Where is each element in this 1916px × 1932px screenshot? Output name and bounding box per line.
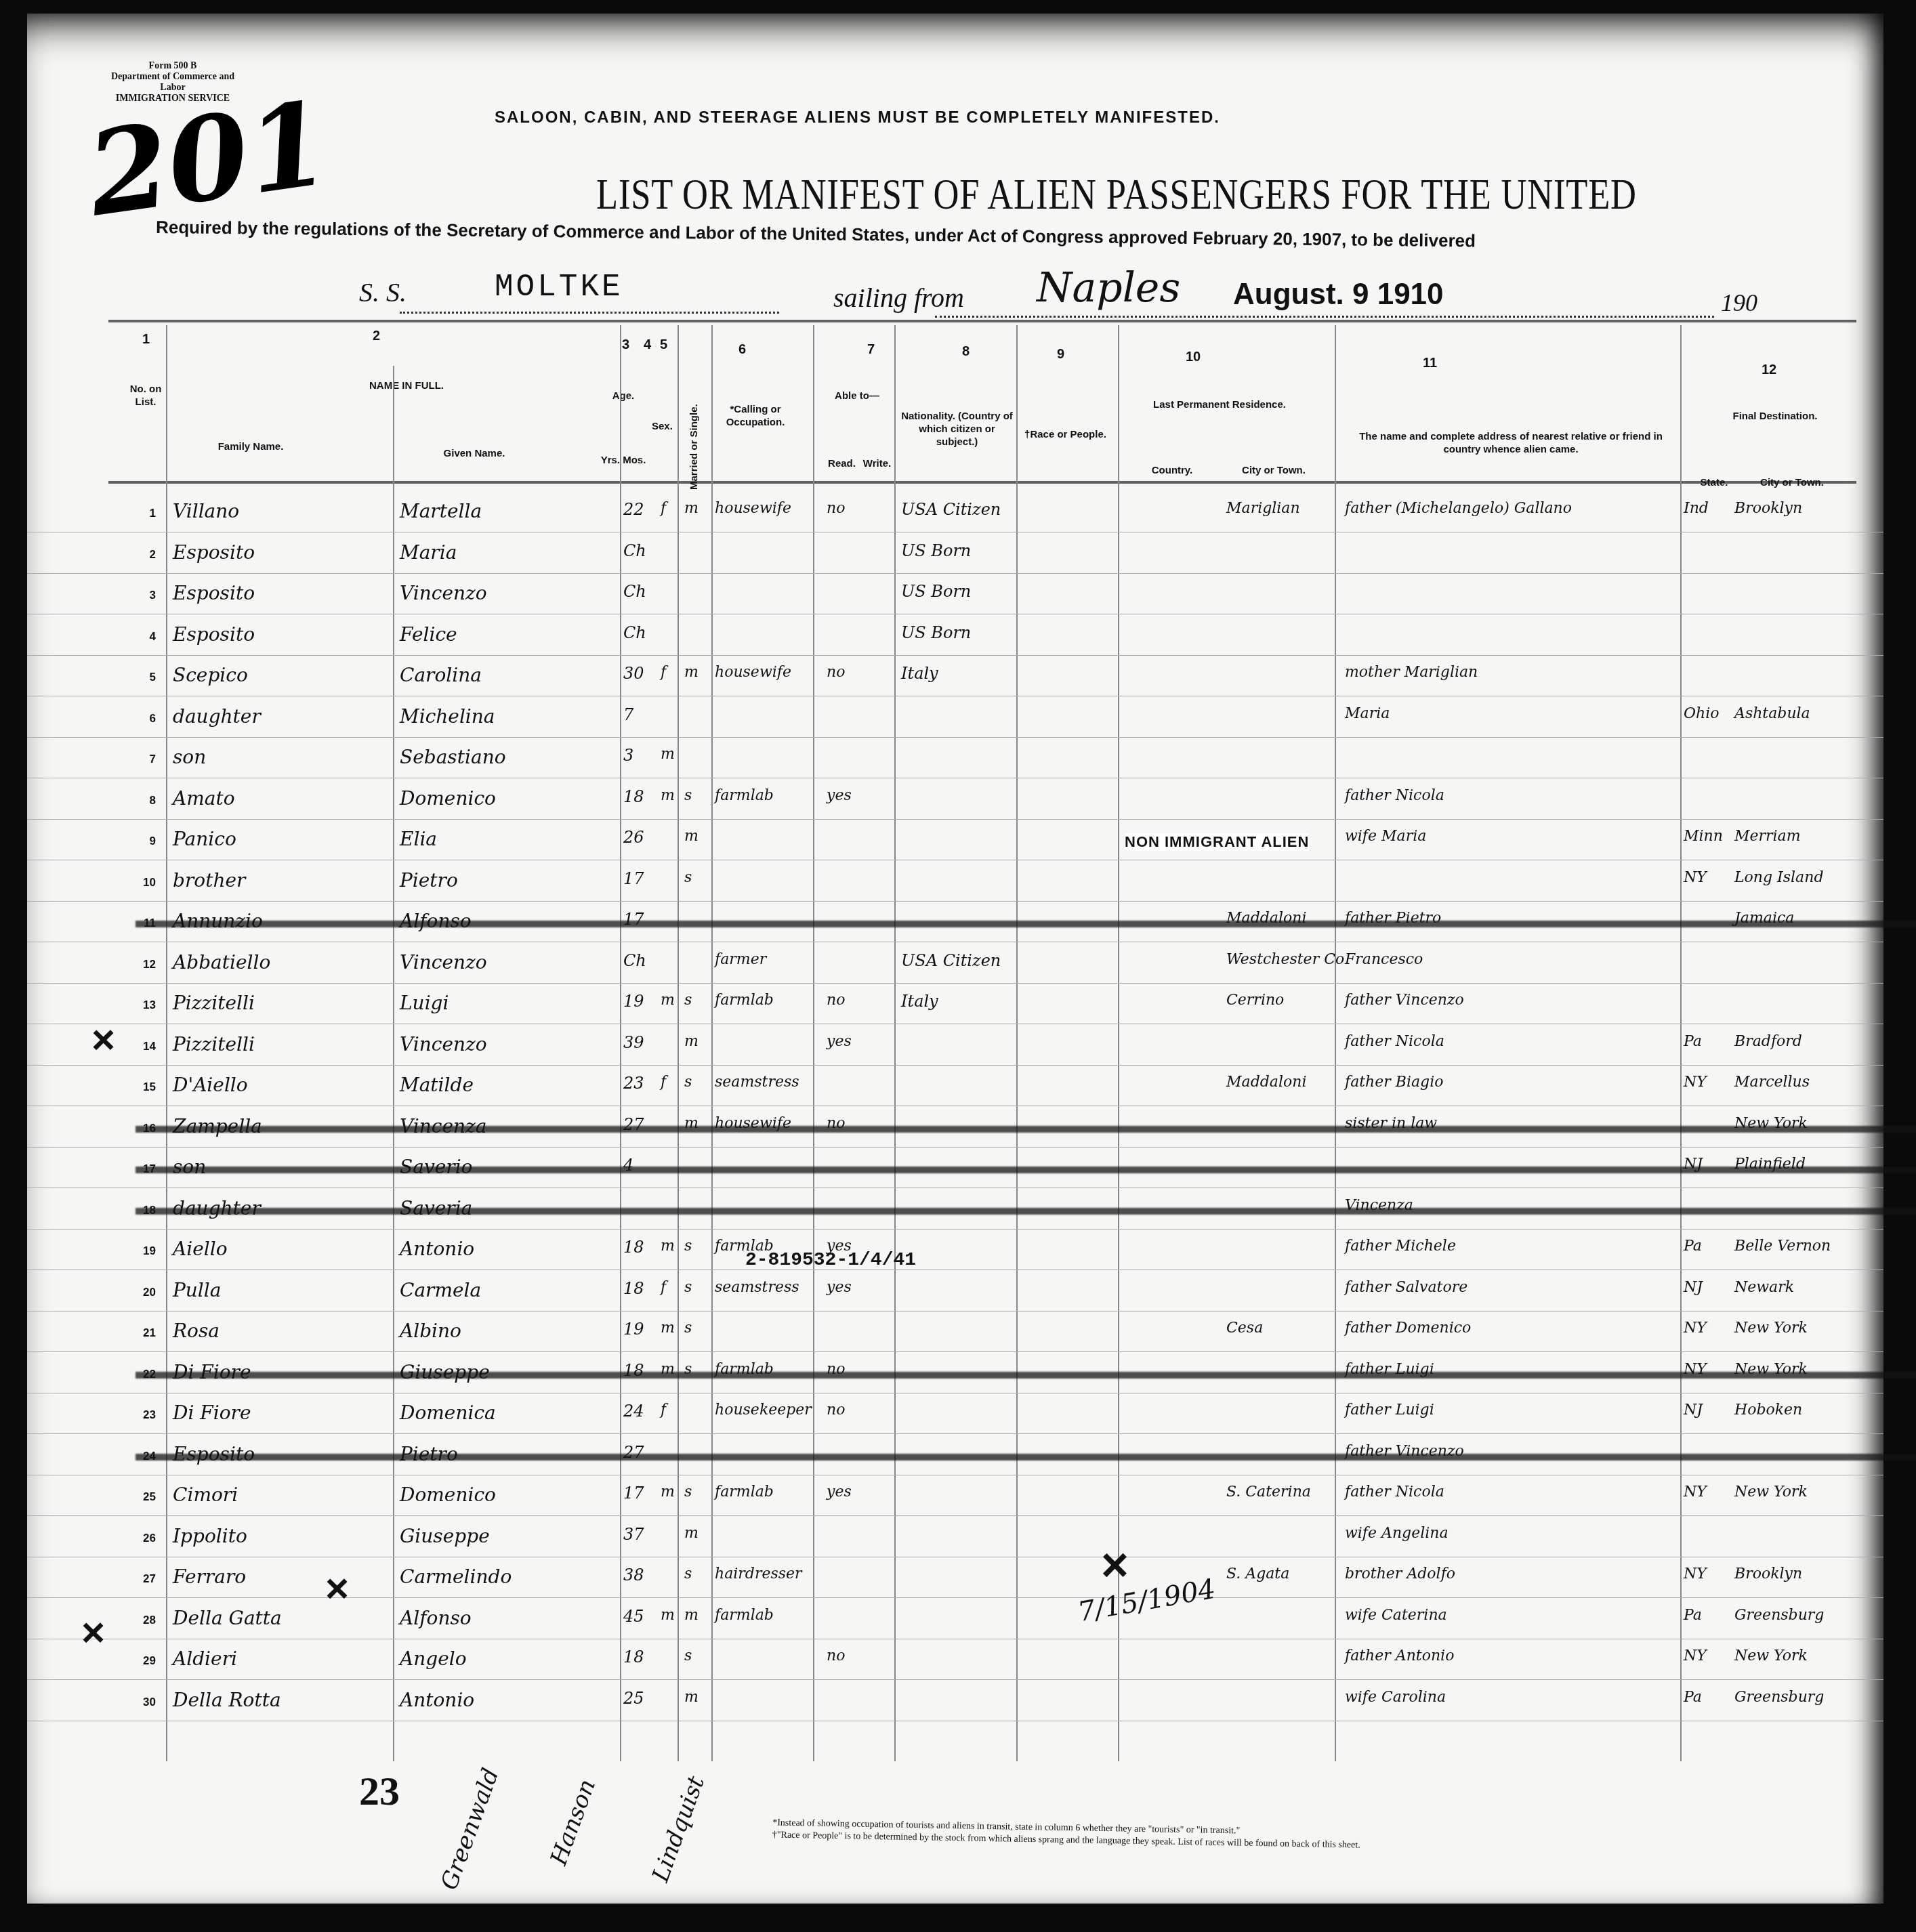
occupation: farmer: [715, 951, 766, 968]
nearest-relative: father Nicola: [1345, 787, 1444, 804]
marital-status: s: [684, 1238, 692, 1255]
row-number: 25: [136, 1490, 156, 1504]
given-name: Michelina: [400, 705, 495, 728]
divider: [400, 312, 779, 314]
nearest-relative: Francesco: [1345, 951, 1423, 968]
sex: m: [661, 1484, 675, 1500]
destination-city: Brooklyn: [1734, 1566, 1802, 1582]
row-number: 12: [136, 958, 156, 971]
marital-status: m: [684, 664, 699, 681]
destination-state: Pa: [1684, 1033, 1702, 1050]
age: 22: [623, 500, 644, 519]
nearest-relative: father Michele: [1345, 1238, 1456, 1255]
table-row: 13 Pizzitelli Luigi 19 m s farmlab no It…: [27, 988, 1883, 1024]
destination-city: Hoboken: [1734, 1402, 1802, 1419]
row-number: 5: [136, 671, 156, 684]
destination-city: Ashtabula: [1734, 705, 1810, 722]
marital-status: m: [684, 1607, 699, 1624]
nationality: Italy: [901, 664, 938, 683]
sex: m: [661, 1607, 675, 1624]
row-number: 20: [136, 1286, 156, 1299]
residence-city: S. Caterina: [1226, 1484, 1311, 1500]
family-name: Esposito: [173, 541, 255, 564]
occupation: farmlab: [715, 1484, 774, 1500]
residence-city: Mariglian: [1226, 500, 1300, 517]
age: Ch: [623, 582, 646, 601]
occupation: housekeeper: [715, 1402, 812, 1419]
column-number: 10: [1186, 350, 1201, 365]
age: Ch: [623, 951, 646, 970]
table-row: 12 Abbatiello Vincenzo Ch farmer USA Cit…: [27, 947, 1883, 984]
table-row: 20 Pulla Carmela 18 f s seamstress yes f…: [27, 1275, 1883, 1311]
header-yrs-mos: Yrs. Mos.: [596, 454, 650, 467]
table-row: 6 daughter Michelina 7 Maria Ohio Ashtab…: [27, 701, 1883, 738]
given-name: Antonio: [400, 1238, 474, 1260]
destination-state: NJ: [1684, 1402, 1703, 1419]
destination-city: Greensburg: [1734, 1607, 1824, 1624]
table-row: 4 Esposito Felice Ch US Born: [27, 619, 1883, 656]
row-number: 10: [136, 876, 156, 889]
table-row: 18 daughter Saveria Vincenza: [27, 1193, 1883, 1230]
family-name: Pizzitelli: [173, 1033, 255, 1055]
nearest-relative: father Salvatore: [1345, 1279, 1467, 1296]
header-family-name: Family Name.: [183, 440, 318, 453]
row-number: 28: [136, 1614, 156, 1627]
age: Ch: [623, 623, 646, 642]
age: 19: [623, 1320, 644, 1339]
destination-state: Ind: [1684, 500, 1709, 517]
destination-state: NJ: [1684, 1279, 1703, 1296]
table-row: 10 brother Pietro 17 s NY Long Island: [27, 865, 1883, 902]
family-name: Della Rotta: [173, 1689, 281, 1711]
table-row: 19 Aiello Antonio 18 m s farmlab yes fat…: [27, 1234, 1883, 1270]
occupation: seamstress: [715, 1074, 799, 1091]
table-row: 28 Della Gatta Alfonso 45 m m farmlab wi…: [27, 1603, 1883, 1639]
age: 7: [623, 705, 633, 724]
occupation: housewife: [715, 664, 791, 681]
header-city: City or Town.: [1226, 464, 1321, 477]
divider: [108, 481, 1856, 484]
marital-status: m: [684, 828, 699, 845]
non-immigrant-stamp: NON IMMIGRANT ALIEN: [1125, 833, 1309, 851]
header-occupation: *Calling or Occupation.: [718, 403, 793, 429]
nearest-relative: father Antonio: [1345, 1647, 1454, 1664]
occupation: farmlab: [715, 787, 774, 804]
nearest-relative: wife Carolina: [1345, 1689, 1446, 1706]
column-number: 9: [1057, 347, 1064, 362]
departure-port: Naples: [1037, 264, 1180, 312]
nearest-relative: Maria: [1345, 705, 1390, 722]
destination-state: Pa: [1684, 1238, 1702, 1255]
family-name: Cimori: [173, 1484, 238, 1506]
row-number: 30: [136, 1696, 156, 1709]
divider: [108, 320, 1856, 322]
family-name: brother: [173, 869, 245, 891]
column-number: 8: [962, 344, 970, 360]
sex: m: [661, 1320, 675, 1337]
destination-state: NY: [1684, 1647, 1707, 1664]
column-number: 7: [867, 342, 875, 358]
destination-state: NY: [1684, 869, 1707, 886]
nearest-relative: father Nicola: [1345, 1033, 1444, 1050]
given-name: Alfonso: [400, 1607, 472, 1629]
table-row: 5 Scepico Carolina 30 f m housewife no I…: [27, 660, 1883, 696]
ship-name: MOLTKE: [495, 270, 623, 305]
row-number: 2: [136, 548, 156, 562]
family-name: D'Aiello: [173, 1074, 248, 1096]
destination-state: Ohio: [1684, 705, 1720, 722]
table-row: 2 Esposito Maria Ch US Born: [27, 537, 1883, 574]
age: 45: [623, 1607, 644, 1626]
nearest-relative: father Nicola: [1345, 1484, 1444, 1500]
marital-status: s: [684, 1279, 692, 1296]
header-write: Write.: [862, 457, 892, 470]
destination-city: Merriam: [1734, 828, 1801, 845]
table-row: 8 Amato Domenico 18 m s farmlab yes fath…: [27, 783, 1883, 820]
table-row: 24 Esposito Pietro 27 father Vincenzo: [27, 1439, 1883, 1475]
row-number: 8: [136, 794, 156, 807]
destination-city: Belle Vernon: [1734, 1238, 1831, 1255]
nearest-relative: father Vincenzo: [1345, 992, 1464, 1009]
header-name-in-full: NAME IN FULL.: [305, 379, 508, 392]
nationality: US Born: [901, 582, 971, 601]
nationality: USA Citizen: [901, 500, 1001, 519]
destination-state: NY: [1684, 1566, 1707, 1582]
family-name: Ippolito: [173, 1525, 247, 1547]
can-read: yes: [827, 1279, 852, 1296]
age: Ch: [623, 541, 646, 560]
column-number: 4: [644, 337, 651, 353]
sex: m: [661, 787, 675, 804]
given-name: Pietro: [400, 869, 458, 891]
family-name: Aiello: [173, 1238, 228, 1260]
destination-city: New York: [1734, 1484, 1808, 1500]
ss-label: S. S.: [359, 276, 407, 308]
destination-state: Minn: [1684, 828, 1723, 845]
family-name: daughter: [173, 705, 261, 728]
sex: f: [661, 500, 666, 517]
family-name: Panico: [173, 828, 236, 850]
given-name: Maria: [400, 541, 457, 564]
nearest-relative: wife Angelina: [1345, 1525, 1449, 1542]
nearest-relative: father Luigi: [1345, 1402, 1434, 1419]
manifest-notice: SALOON, CABIN, AND STEERAGE ALIENS MUST …: [495, 108, 1220, 127]
given-name: Vincenzo: [400, 1033, 487, 1055]
table-row: 16 Zampella Vincenza 27 m housewife no s…: [27, 1111, 1883, 1148]
can-read: yes: [827, 1484, 852, 1500]
residence-city: Cesa: [1226, 1320, 1263, 1337]
age: 19: [623, 992, 644, 1011]
given-name: Sebastiano: [400, 746, 506, 768]
destination-city: Long Island: [1734, 869, 1823, 886]
sailing-date: August. 9 1910: [1233, 278, 1444, 312]
sex: f: [661, 1074, 666, 1091]
column-number: 1: [142, 332, 150, 348]
age: 23: [623, 1074, 644, 1093]
table-row: 3 Esposito Vincenzo Ch US Born: [27, 578, 1883, 614]
row-number: 19: [136, 1244, 156, 1258]
given-name: Luigi: [400, 992, 449, 1014]
given-name: Carmela: [400, 1279, 481, 1301]
row-number: 13: [136, 999, 156, 1012]
table-row: 23 Di Fiore Domenica 24 f housekeeper no…: [27, 1398, 1883, 1434]
inspector-signature: Hanson: [545, 1776, 602, 1868]
sex: m: [661, 1238, 675, 1255]
row-number: 9: [136, 835, 156, 848]
header-read: Read.: [827, 457, 857, 470]
table-row: 29 Aldieri Angelo 18 s no father Antonio…: [27, 1643, 1883, 1680]
marital-status: s: [684, 1647, 692, 1664]
family-name: Amato: [173, 787, 235, 810]
row-number: 23: [136, 1408, 156, 1422]
x-mark: ×: [325, 1565, 349, 1612]
marital-status: m: [684, 1525, 699, 1542]
table-row: 15 D'Aiello Matilde 23 f s seamstress Ma…: [27, 1070, 1883, 1106]
row-number: 26: [136, 1532, 156, 1545]
residence-city: Westchester Co: [1226, 951, 1344, 968]
header-married-single: Married or Single.: [688, 393, 701, 501]
family-name: son: [173, 746, 206, 768]
destination-state: Pa: [1684, 1607, 1702, 1624]
age: 37: [623, 1525, 644, 1544]
family-name: Della Gatta: [173, 1607, 282, 1629]
row-number: 15: [136, 1080, 156, 1094]
given-name: Antonio: [400, 1689, 474, 1711]
sheet-number: 23: [359, 1768, 400, 1815]
handwritten-page-number: 201: [81, 85, 335, 233]
can-read: no: [827, 664, 845, 681]
regulation-text: Required by the regulations of the Secre…: [156, 217, 1476, 251]
sex: f: [661, 1402, 666, 1419]
marital-status: s: [684, 869, 692, 886]
header-no-on-list: No. on List.: [129, 383, 163, 408]
age: 17: [623, 1484, 644, 1503]
header-relative: The name and complete address of nearest…: [1355, 430, 1667, 456]
given-name: Giuseppe: [400, 1525, 490, 1547]
row-number: 14: [136, 1040, 156, 1053]
residence-city: S. Agata: [1226, 1566, 1289, 1582]
family-name: Pizzitelli: [173, 992, 255, 1014]
family-name: Rosa: [173, 1320, 220, 1342]
destination-state: Pa: [1684, 1689, 1702, 1706]
sex: f: [661, 664, 666, 681]
table-row: 7 son Sebastiano 3 m: [27, 742, 1883, 778]
row-number: 7: [136, 753, 156, 766]
nearest-relative: father (Michelangelo) Gallano: [1345, 500, 1572, 517]
row-number: 6: [136, 712, 156, 726]
header-given-name: Given Name.: [407, 447, 542, 460]
age: 25: [623, 1689, 644, 1708]
header-last-residence: Last Permanent Residence.: [1125, 398, 1314, 411]
nationality: US Born: [901, 541, 971, 560]
row-number: 4: [136, 630, 156, 644]
destination-state: NY: [1684, 1074, 1707, 1091]
given-name: Domenico: [400, 787, 496, 810]
sailing-label: sailing from: [833, 282, 964, 314]
residence-city: Cerrino: [1226, 992, 1284, 1009]
x-mark: ×: [1101, 1538, 1129, 1592]
row-number: 1: [136, 507, 156, 520]
manifest-page: Form 500 B Department of Commerce and La…: [27, 14, 1883, 1904]
given-name: Angelo: [400, 1647, 467, 1670]
header-sex: Sex.: [652, 420, 672, 433]
given-name: Domenico: [400, 1484, 496, 1506]
destination-state: NY: [1684, 1320, 1707, 1337]
marital-status: m: [684, 500, 699, 517]
family-name: Villano: [173, 500, 239, 522]
column-number: 11: [1423, 356, 1437, 371]
marital-status: s: [684, 1320, 692, 1337]
footnotes: *Instead of showing occupation of touris…: [772, 1817, 1360, 1851]
family-name: Ferraro: [173, 1566, 246, 1588]
table-row: 1 Villano Martella 22 f m housewife no U…: [27, 496, 1883, 532]
destination-city: New York: [1734, 1320, 1808, 1337]
marital-status: s: [684, 787, 692, 804]
age: 24: [623, 1402, 644, 1421]
marital-status: s: [684, 1484, 692, 1500]
nearest-relative: father Domenico: [1345, 1320, 1471, 1337]
header-age: Age.: [600, 390, 647, 402]
table-row: 25 Cimori Domenico 17 m s farmlab yes S.…: [27, 1479, 1883, 1516]
family-name: Scepico: [173, 664, 248, 686]
family-name: Pulla: [173, 1279, 221, 1301]
nearest-relative: wife Caterina: [1345, 1607, 1447, 1624]
header-country: Country.: [1125, 464, 1220, 477]
header-state: State.: [1694, 476, 1734, 489]
row-number: 29: [136, 1654, 156, 1668]
row-number: 27: [136, 1572, 156, 1586]
occupation: farmlab: [715, 992, 774, 1009]
record-number: 2-819532-1/4/41: [745, 1250, 916, 1271]
page-title: LIST OR MANIFEST OF ALIEN PASSENGERS FOR…: [596, 169, 1637, 219]
column-number: 3: [622, 337, 629, 353]
family-name: Di Fiore: [173, 1402, 251, 1424]
given-name: Albino: [400, 1320, 461, 1342]
can-read: yes: [827, 1033, 852, 1050]
family-name: Esposito: [173, 623, 255, 646]
family-name: Aldieri: [173, 1647, 237, 1670]
destination-city: Marcellus: [1734, 1074, 1810, 1091]
given-name: Elia: [400, 828, 437, 850]
ship-line: S. S. MOLTKE sailing from Naples August.…: [359, 264, 1782, 318]
given-name: Domenica: [400, 1402, 496, 1424]
destination-city: Greensburg: [1734, 1689, 1824, 1706]
destination-city: Newark: [1734, 1279, 1794, 1296]
age: 30: [623, 664, 644, 683]
printed-year: 190: [1721, 289, 1757, 317]
age: 17: [623, 869, 644, 888]
table-row: 22 Di Fiore Giuseppe 18 m s farmlab no f…: [27, 1357, 1883, 1393]
occupation: farmlab: [715, 1607, 774, 1624]
column-number: 6: [738, 342, 746, 358]
destination-city: New York: [1734, 1647, 1808, 1664]
age: 38: [623, 1566, 644, 1584]
nearest-relative: mother Mariglian: [1345, 664, 1478, 681]
row-number: 21: [136, 1326, 156, 1340]
table-row: 27 Ferraro Carmelindo 38 s hairdresser S…: [27, 1561, 1883, 1598]
table-row: 30 Della Rotta Antonio 25 m wife Carolin…: [27, 1685, 1883, 1721]
table-row: 21 Rosa Albino 19 m s Cesa father Domeni…: [27, 1316, 1883, 1352]
occupation: housewife: [715, 500, 791, 517]
row-number: 3: [136, 589, 156, 602]
given-name: Carmelindo: [400, 1566, 512, 1588]
nationality: Italy: [901, 992, 938, 1011]
sex: m: [661, 992, 675, 1009]
can-read: yes: [827, 787, 852, 804]
can-read: no: [827, 1402, 845, 1419]
given-name: Vincenzo: [400, 582, 487, 604]
age: 18: [623, 787, 644, 806]
x-mark: ×: [91, 1016, 115, 1063]
marital-status: s: [684, 1074, 692, 1091]
age: 3: [623, 746, 633, 765]
table-row: 26 Ippolito Giuseppe 37 m wife Angelina: [27, 1521, 1883, 1557]
header-final-destination: Final Destination.: [1707, 410, 1843, 423]
column-number: 5: [660, 337, 667, 353]
table-row: 9 Panico Elia 26 m wife Maria Minn Merri…: [27, 824, 1883, 860]
column-number: 12: [1762, 362, 1776, 378]
age: 18: [623, 1647, 644, 1666]
can-read: no: [827, 500, 845, 517]
occupation: hairdresser: [715, 1566, 802, 1582]
family-name: Abbatiello: [173, 951, 270, 973]
family-name: Esposito: [173, 582, 255, 604]
nationality: US Born: [901, 623, 971, 642]
table-row: 11 Annunzio Alfonso 17 Maddaloni father …: [27, 906, 1883, 942]
occupation: seamstress: [715, 1279, 799, 1296]
inspector-signature: Lindquist: [647, 1773, 710, 1886]
residence-city: Maddaloni: [1226, 1074, 1306, 1091]
header-able-to: Able to—: [830, 390, 884, 402]
nearest-relative: wife Maria: [1345, 828, 1426, 845]
header-nationality: Nationality. (Country of which citizen o…: [898, 410, 1016, 448]
table-row: 17 son Saverio 4 NJ Plainfield: [27, 1152, 1883, 1188]
given-name: Vincenzo: [400, 951, 487, 973]
x-mark: ×: [81, 1609, 105, 1656]
form-number: Form 500 B: [102, 61, 244, 72]
destination-city: Bradford: [1734, 1033, 1802, 1050]
nearest-relative: brother Adolfo: [1345, 1566, 1455, 1582]
sex: f: [661, 1279, 666, 1296]
divider: [935, 316, 1714, 318]
age: 18: [623, 1279, 644, 1298]
destination-city: Brooklyn: [1734, 500, 1802, 517]
given-name: Felice: [400, 623, 457, 646]
destination-state: NY: [1684, 1484, 1707, 1500]
inspector-signature: Greenwald: [436, 1765, 505, 1893]
column-number: 2: [373, 329, 380, 344]
table-row: 14 Pizzitelli Vincenzo 39 m yes father N…: [27, 1029, 1883, 1066]
marital-status: s: [684, 992, 692, 1009]
header-race: †Race or People.: [1020, 428, 1111, 441]
given-name: Carolina: [400, 664, 482, 686]
age: 26: [623, 828, 644, 847]
nearest-relative: father Biagio: [1345, 1074, 1443, 1091]
marital-status: m: [684, 1689, 699, 1706]
marital-status: m: [684, 1033, 699, 1050]
age: 18: [623, 1238, 644, 1257]
sex: m: [661, 746, 675, 763]
marital-status: s: [684, 1566, 692, 1582]
nationality: USA Citizen: [901, 951, 1001, 970]
given-name: Martella: [400, 500, 482, 522]
can-read: no: [827, 992, 845, 1009]
can-read: no: [827, 1647, 845, 1664]
given-name: Matilde: [400, 1074, 474, 1096]
header-dest-city: City or Town.: [1748, 476, 1836, 489]
age: 39: [623, 1033, 644, 1052]
